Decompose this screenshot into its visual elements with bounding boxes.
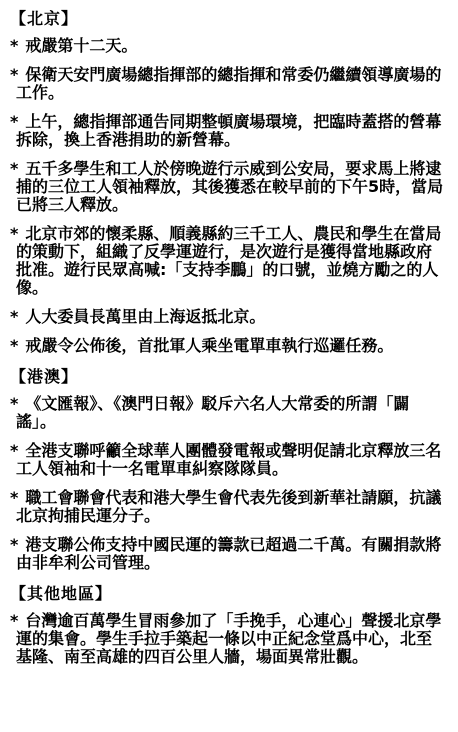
news-digest-page: 【北京】 *戒嚴第十二天。 *保衛天安門廣場總指揮部的總指揮和常委仍繼續領導廣場… bbox=[0, 0, 458, 732]
section-heading-other-regions: 【其他地區】 bbox=[10, 585, 452, 603]
section-other-regions: 【其他地區】 *台灣逾百萬學生冒雨參加了「手挽手，心連心」聲援北京學運的集會。學… bbox=[0, 585, 452, 666]
bullet-marker: * bbox=[10, 611, 18, 630]
bullet-marker: * bbox=[10, 307, 18, 326]
section-hongkong-macau: 【港澳】 *《文匯報》、《澳門日報》駁斥六名人大常委的所謂「闢謠」。 *全港支聯… bbox=[0, 368, 452, 572]
news-item: *職工會聯會代表和港大學生會代表先後到新華社請願，抗議北京拘捕民運分子。 bbox=[0, 489, 452, 525]
bullet-marker: * bbox=[10, 394, 18, 413]
news-item: *《文匯報》、《澳門日報》駁斥六名人大常委的所謂「闢謠」。 bbox=[0, 395, 452, 431]
news-item-text: 職工會聯會代表和港大學生會代表先後到新華社請願，抗議北京拘捕民運分子。 bbox=[16, 488, 441, 525]
news-item: *戒嚴令公佈後，首批軍人乘坐電單車執行巡邏任務。 bbox=[0, 337, 452, 355]
bullet-marker: * bbox=[10, 112, 18, 131]
news-item: *人大委員長萬里由上海返抵北京。 bbox=[0, 308, 452, 326]
section-heading-beijing: 【北京】 bbox=[10, 10, 452, 28]
bullet-marker: * bbox=[10, 336, 18, 355]
bullet-marker: * bbox=[10, 535, 18, 554]
news-item-text: 《文匯報》、《澳門日報》駁斥六名人大常委的所謂「闢謠」。 bbox=[16, 394, 409, 431]
bullet-marker: * bbox=[10, 36, 18, 55]
bullet-marker: * bbox=[10, 224, 18, 243]
news-item-text: 北京市郊的懷柔縣、順義縣約三千工人、農民和學生在當局的策動下，組織了反學運遊行，… bbox=[16, 224, 441, 297]
news-item: *全港支聯呼籲全球華人團體發電報或聲明促請北京釋放三名工人領袖和十一名電單車糾察… bbox=[0, 442, 452, 478]
news-item-text: 戒嚴令公佈後，首批軍人乘坐電單車執行巡邏任務。 bbox=[25, 336, 393, 355]
news-item: *戒嚴第十二天。 bbox=[0, 37, 452, 55]
news-item-text: 五千多學生和工人於傍晚遊行示威到公安局，要求馬上將逮捕的三位工人領袖釋放，其後獲… bbox=[16, 159, 443, 214]
news-item-text: 全港支聯呼籲全球華人團體發電報或聲明促請北京釋放三名工人領袖和十一名電單車糾察隊… bbox=[16, 441, 441, 478]
news-item-text: 港支聯公佈支持中國民運的籌款已超過二千萬。有關捐款將由非牟利公司管理。 bbox=[16, 535, 441, 572]
bullet-marker: * bbox=[10, 488, 18, 507]
news-item: *保衛天安門廣場總指揮部的總指揮和常委仍繼續領導廣場的工作。 bbox=[0, 66, 452, 102]
news-item: *上午，總指揮部通告同期整頓廣場環境，把臨時蓋搭的營幕拆除，換上香港捐助的新營幕… bbox=[0, 113, 452, 149]
news-item-text: 保衛天安門廣場總指揮部的總指揮和常委仍繼續領導廣場的工作。 bbox=[16, 65, 441, 102]
news-item-text: 人大委員長萬里由上海返抵北京。 bbox=[25, 307, 265, 326]
section-beijing: 【北京】 *戒嚴第十二天。 *保衛天安門廣場總指揮部的總指揮和常委仍繼續領導廣場… bbox=[0, 10, 452, 355]
news-item: *港支聯公佈支持中國民運的籌款已超過二千萬。有關捐款將由非牟利公司管理。 bbox=[0, 536, 452, 572]
section-heading-hongkong-macau: 【港澳】 bbox=[10, 368, 452, 386]
bullet-marker: * bbox=[10, 65, 18, 84]
bullet-marker: * bbox=[10, 159, 18, 178]
news-item-text: 上午，總指揮部通告同期整頓廣場環境，把臨時蓋搭的營幕拆除，換上香港捐助的新營幕。 bbox=[16, 112, 441, 149]
bullet-marker: * bbox=[10, 441, 18, 460]
news-item: *北京市郊的懷柔縣、順義縣約三千工人、農民和學生在當局的策動下，組織了反學運遊行… bbox=[0, 225, 452, 297]
news-item-text: 台灣逾百萬學生冒雨參加了「手挽手，心連心」聲援北京學運的集會。學生手拉手築起一條… bbox=[16, 611, 441, 666]
news-item-text: 戒嚴第十二天。 bbox=[25, 36, 137, 55]
news-item: *五千多學生和工人於傍晚遊行示威到公安局，要求馬上將逮捕的三位工人領袖釋放，其後… bbox=[0, 160, 452, 214]
news-item: *台灣逾百萬學生冒雨參加了「手挽手，心連心」聲援北京學運的集會。學生手拉手築起一… bbox=[0, 612, 452, 666]
